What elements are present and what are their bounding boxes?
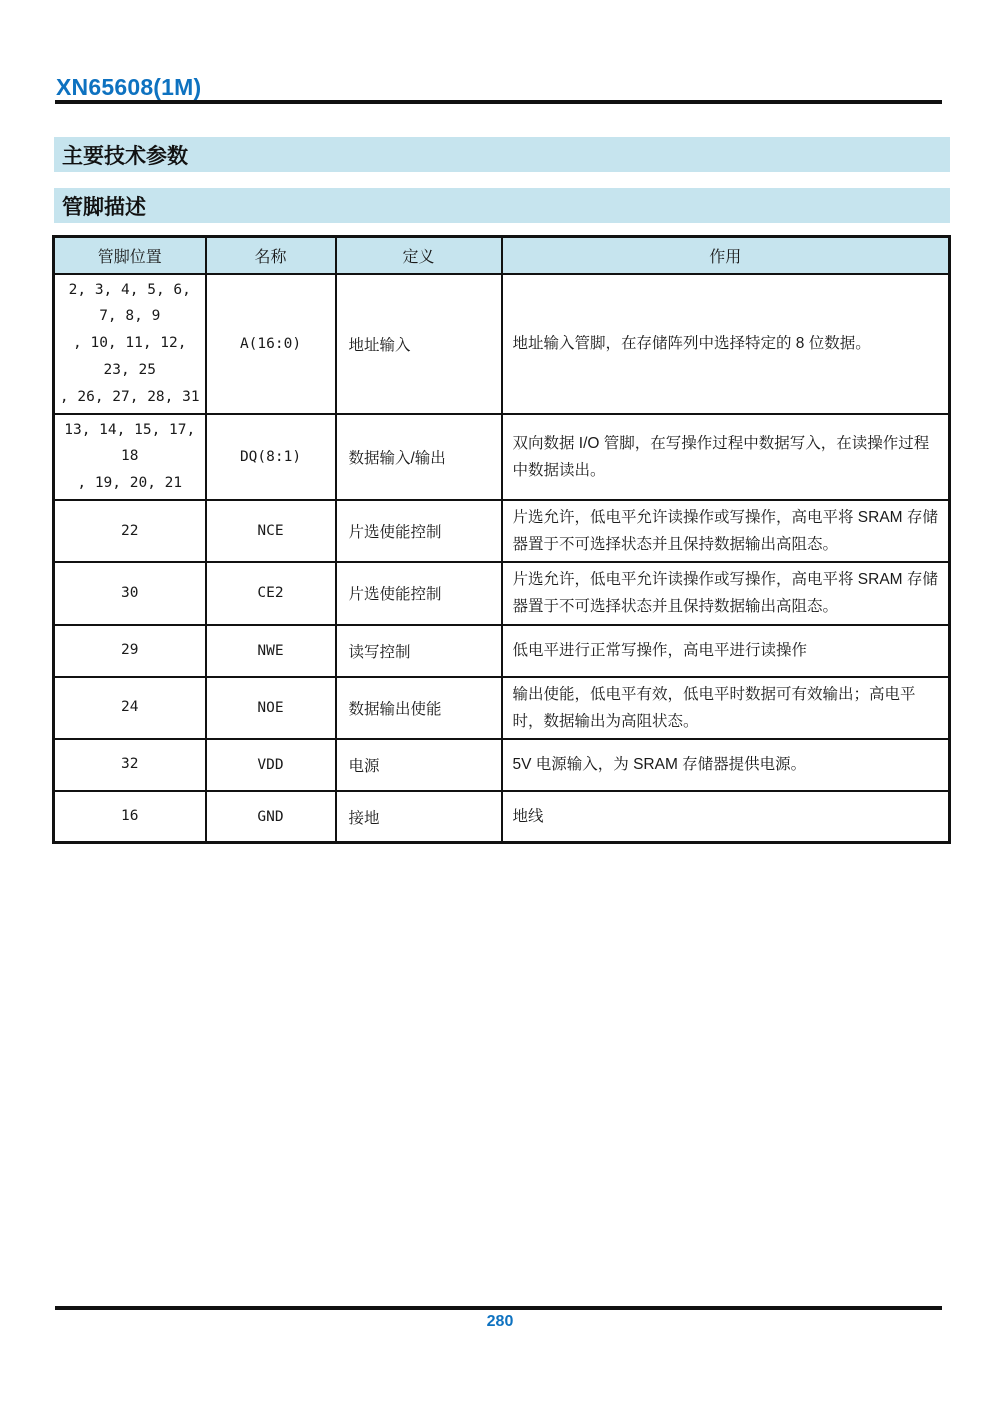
pin-definition-cell: 地址输入 (336, 274, 502, 414)
pin-definition-cell: 片选使能控制 (336, 562, 502, 624)
pin-function-cell: 地址输入管脚，在存储阵列中选择特定的 8 位数据。 (502, 274, 950, 414)
pin-name-cell: NOE (206, 677, 336, 739)
pin-definition-cell: 数据输出使能 (336, 677, 502, 739)
pin-name-cell: A(16:0) (206, 274, 336, 414)
pin-name-cell: DQ(8:1) (206, 414, 336, 500)
pin-definition-cell: 接地 (336, 791, 502, 843)
pin-function-cell: 双向数据 I/O 管脚，在写操作过程中数据写入，在读操作过程中数据读出。 (502, 414, 950, 500)
pin-name-cell: GND (206, 791, 336, 843)
table-header-row: 管脚位置 名称 定义 作用 (54, 237, 950, 274)
pin-name-cell: CE2 (206, 562, 336, 624)
pin-name-cell: NCE (206, 500, 336, 562)
datasheet-page: XN65608(1M) 主要技术参数 管脚描述 管脚位置 名称 定义 作用 2,… (0, 0, 1000, 1414)
pin-function-cell: 片选允许，低电平允许读操作或写操作，高电平将 SRAM 存储器置于不可选择状态并… (502, 562, 950, 624)
column-header-function: 作用 (502, 237, 950, 274)
column-header-definition: 定义 (336, 237, 502, 274)
pin-definition-cell: 读写控制 (336, 625, 502, 677)
pin-name-cell: NWE (206, 625, 336, 677)
pin-position-cell: 24 (54, 677, 206, 739)
footer-divider (55, 1306, 942, 1310)
pin-definition-cell: 片选使能控制 (336, 500, 502, 562)
pin-definition-cell: 数据输入/输出 (336, 414, 502, 500)
table-row: 29 NWE 读写控制 低电平进行正常写操作，高电平进行读操作 (54, 625, 950, 677)
table-row: 30 CE2 片选使能控制 片选允许，低电平允许读操作或写操作，高电平将 SRA… (54, 562, 950, 624)
pin-function-cell: 5V 电源输入，为 SRAM 存储器提供电源。 (502, 739, 950, 791)
table-row: 2, 3, 4, 5, 6, 7, 8, 9 , 10, 11, 12, 23,… (54, 274, 950, 414)
pin-position-cell: 2, 3, 4, 5, 6, 7, 8, 9 , 10, 11, 12, 23,… (54, 274, 206, 414)
page-title: XN65608(1M) (56, 74, 201, 101)
section-heading-parameters: 主要技术参数 (54, 137, 950, 172)
pin-description-table: 管脚位置 名称 定义 作用 2, 3, 4, 5, 6, 7, 8, 9 , 1… (52, 235, 951, 844)
table-row: 16 GND 接地 地线 (54, 791, 950, 843)
table-row: 24 NOE 数据输出使能 输出使能，低电平有效，低电平时数据可有效输出；高电平… (54, 677, 950, 739)
section-heading-pin-description: 管脚描述 (54, 188, 950, 223)
table-row: 22 NCE 片选使能控制 片选允许，低电平允许读操作或写操作，高电平将 SRA… (54, 500, 950, 562)
column-header-name: 名称 (206, 237, 336, 274)
column-header-pin-position: 管脚位置 (54, 237, 206, 274)
pin-function-cell: 低电平进行正常写操作，高电平进行读操作 (502, 625, 950, 677)
pin-position-cell: 32 (54, 739, 206, 791)
pin-position-cell: 16 (54, 791, 206, 843)
pin-position-cell: 29 (54, 625, 206, 677)
pin-position-cell: 30 (54, 562, 206, 624)
pin-name-cell: VDD (206, 739, 336, 791)
pin-function-cell: 片选允许，低电平允许读操作或写操作，高电平将 SRAM 存储器置于不可选择状态并… (502, 500, 950, 562)
pin-function-cell: 输出使能，低电平有效，低电平时数据可有效输出；高电平时，数据输出为高阻状态。 (502, 677, 950, 739)
section-heading-pin-description-label: 管脚描述 (62, 191, 146, 221)
table-row: 13, 14, 15, 17, 18 , 19, 20, 21 DQ(8:1) … (54, 414, 950, 500)
pin-position-cell: 13, 14, 15, 17, 18 , 19, 20, 21 (54, 414, 206, 500)
pin-function-cell: 地线 (502, 791, 950, 843)
pin-definition-cell: 电源 (336, 739, 502, 791)
pin-position-cell: 22 (54, 500, 206, 562)
section-heading-parameters-label: 主要技术参数 (62, 140, 188, 170)
table-row: 32 VDD 电源 5V 电源输入，为 SRAM 存储器提供电源。 (54, 739, 950, 791)
page-number: 280 (0, 1313, 1000, 1331)
header-divider (55, 100, 942, 104)
